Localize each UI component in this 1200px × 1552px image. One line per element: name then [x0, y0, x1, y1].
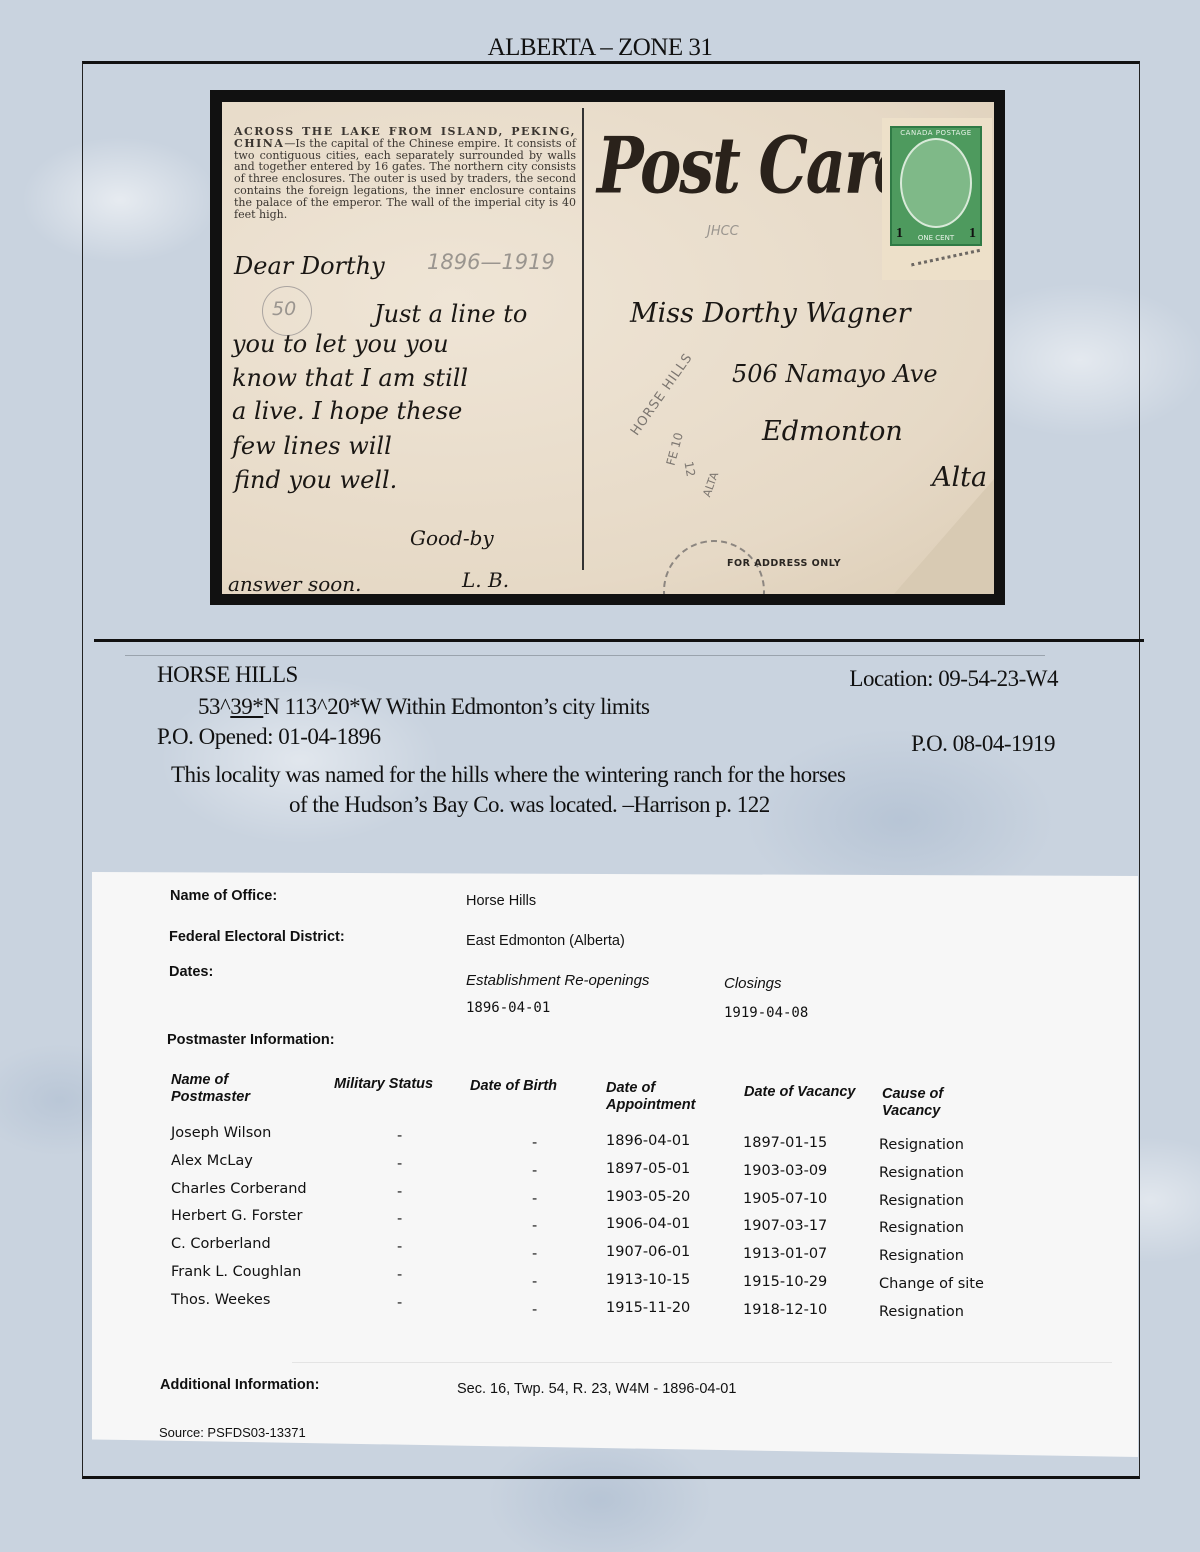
po-closed: P.O. 08-04-1919 — [911, 731, 1055, 756]
message-line: L. B. — [462, 568, 509, 592]
postal-record-sheet: Name of Office: Horse Hills Federal Elec… — [92, 872, 1138, 1457]
military-status: - — [397, 1128, 402, 1144]
column-header: Date of Vacancy — [744, 1084, 855, 1101]
column-header: Military Status — [334, 1076, 433, 1093]
date-of-vacancy: 1897-01-15 — [743, 1135, 827, 1151]
postmark-province: ALTA — [700, 470, 721, 498]
date-of-appointment: 1906-04-01 — [606, 1216, 690, 1232]
date-of-birth: - — [532, 1135, 537, 1151]
column-header: Name ofPostmaster — [171, 1072, 250, 1106]
postmark-year: 12 — [681, 460, 697, 477]
military-status: - — [397, 1267, 402, 1283]
postage-stamp: CANADA POSTAGE ONE CENT 1 1 — [882, 118, 992, 280]
date-of-vacancy: 1918-12-10 — [743, 1302, 827, 1318]
district-value: East Edmonton (Alberta) — [466, 933, 625, 949]
stamp-bottom-text: ONE CENT — [892, 234, 980, 242]
message-line: Good-by — [410, 526, 494, 550]
postmaster-name: Charles Corberand — [171, 1181, 307, 1197]
postmaster-name: Thos. Weekes — [171, 1292, 270, 1308]
date-of-birth: - — [532, 1246, 537, 1262]
section-divider — [94, 639, 1144, 642]
message-line: you to let you you — [232, 330, 449, 358]
district-label: Federal Electoral District: — [169, 929, 345, 945]
date-of-vacancy: 1913-01-07 — [743, 1246, 827, 1262]
office-location: Location: 09-54-23-W4 — [849, 666, 1058, 691]
po-opened: P.O. Opened: 01-04-1896 — [157, 724, 381, 749]
postmaster-name: Alex McLay — [171, 1153, 253, 1169]
date-of-birth: - — [532, 1191, 537, 1207]
date-of-birth: - — [532, 1302, 537, 1318]
date-of-appointment: 1907-06-01 — [606, 1244, 690, 1260]
stamp-top-text: CANADA POSTAGE — [892, 129, 980, 137]
page-title: ALBERTA – ZONE 31 — [0, 34, 1200, 62]
military-status: - — [397, 1211, 402, 1227]
office-name-heading: HORSE HILLS — [157, 662, 298, 687]
printed-caption: ACROSS THE LAKE FROM ISLAND, PEKING, CHI… — [234, 126, 576, 220]
name-of-office-value: Horse Hills — [466, 893, 536, 909]
date-of-appointment: 1915-11-20 — [606, 1300, 690, 1316]
address-line: 506 Namayo Ave — [732, 360, 938, 388]
dates-label: Dates: — [169, 964, 213, 980]
closings-header: Closings — [724, 975, 782, 992]
date-of-vacancy: 1915-10-29 — [743, 1274, 827, 1290]
pencil-dates: 1896—1919 — [427, 250, 555, 274]
date-of-birth: - — [532, 1274, 537, 1290]
message-line: a live. I hope these — [232, 397, 462, 425]
corner-mount — [894, 479, 994, 594]
cause-of-vacancy: Resignation — [879, 1193, 964, 1209]
office-coordinates: 53^39*N 113^20*W Within Edmonton’s city … — [198, 694, 650, 719]
postcard-divider-line — [582, 108, 584, 570]
military-status: - — [397, 1184, 402, 1200]
military-status: - — [397, 1156, 402, 1172]
message-line: few lines will — [232, 432, 392, 460]
postcard: ACROSS THE LAKE FROM ISLAND, PEKING, CHI… — [222, 102, 994, 594]
date-of-birth: - — [532, 1218, 537, 1234]
cause-of-vacancy: Resignation — [879, 1137, 964, 1153]
address-line: Alta — [932, 462, 987, 493]
closing-date: 1919-04-08 — [724, 1005, 808, 1021]
cause-of-vacancy: Change of site — [879, 1276, 984, 1292]
message-line: answer soon. — [228, 572, 362, 594]
date-of-birth: - — [532, 1163, 537, 1179]
description-line-1: This locality was named for the hills wh… — [171, 762, 845, 787]
date-of-vacancy: 1905-07-10 — [743, 1191, 827, 1207]
stamp-value-right: 1 — [969, 226, 976, 242]
establishment-date: 1896-04-01 — [466, 1000, 550, 1016]
pencil-price: 50 — [272, 298, 296, 320]
description-line-2: of the Hudson’s Bay Co. was located. –Ha… — [289, 792, 770, 817]
address-line: Edmonton — [762, 416, 903, 447]
king-portrait-icon — [900, 138, 972, 228]
column-header: Date ofAppointment — [606, 1080, 695, 1114]
address-line: Miss Dorthy Wagner — [630, 298, 911, 329]
cause-of-vacancy: Resignation — [879, 1220, 964, 1236]
additional-info-value: Sec. 16, Twp. 54, R. 23, W4M - 1896-04-0… — [457, 1381, 736, 1397]
military-status: - — [397, 1295, 402, 1311]
section-rule — [125, 655, 1045, 656]
cancel-mark — [911, 249, 983, 280]
postmaster-name: Frank L. Coughlan — [171, 1264, 301, 1280]
stamp-value-left: 1 — [896, 226, 903, 242]
message-line: Dear Dorthy — [234, 252, 385, 280]
postmaster-name: Herbert G. Forster — [171, 1208, 302, 1224]
cause-of-vacancy: Resignation — [879, 1304, 964, 1320]
postmark: HORSE HILLS FE 10 12 ALTA — [620, 402, 740, 522]
postmark-town: HORSE HILLS — [628, 351, 696, 439]
column-header: Cause ofVacancy — [882, 1086, 943, 1120]
date-of-appointment: 1903-05-20 — [606, 1189, 690, 1205]
pencil-initials: JHCC — [707, 224, 739, 239]
name-of-office-label: Name of Office: — [170, 888, 277, 904]
postcard-logo: Post Card — [597, 120, 916, 211]
date-of-vacancy: 1907-03-17 — [743, 1218, 827, 1234]
message-line: Just a line to — [374, 300, 527, 328]
postmaster-name: C. Corberland — [171, 1236, 271, 1252]
date-of-appointment: 1913-10-15 — [606, 1272, 690, 1288]
date-of-vacancy: 1903-03-09 — [743, 1163, 827, 1179]
date-of-appointment: 1897-05-01 — [606, 1161, 690, 1177]
for-address-only-label: FOR ADDRESS ONLY — [727, 558, 841, 569]
postmaster-name: Joseph Wilson — [171, 1125, 271, 1141]
message-line: know that I am still — [232, 364, 468, 392]
additional-info-label: Additional Information: — [160, 1377, 319, 1393]
column-header: Date of Birth — [470, 1078, 557, 1095]
message-line: find you well. — [234, 466, 397, 494]
date-of-appointment: 1896-04-01 — [606, 1133, 690, 1149]
establishment-header: Establishment Re-openings — [466, 972, 649, 989]
printed-caption-body: —Is the capital of the Chinese empire. I… — [234, 137, 576, 221]
cause-of-vacancy: Resignation — [879, 1165, 964, 1181]
source-reference: Source: PSFDS03-13371 — [159, 1425, 306, 1440]
cause-of-vacancy: Resignation — [879, 1248, 964, 1264]
postmaster-info-label: Postmaster Information: — [167, 1032, 335, 1048]
military-status: - — [397, 1239, 402, 1255]
